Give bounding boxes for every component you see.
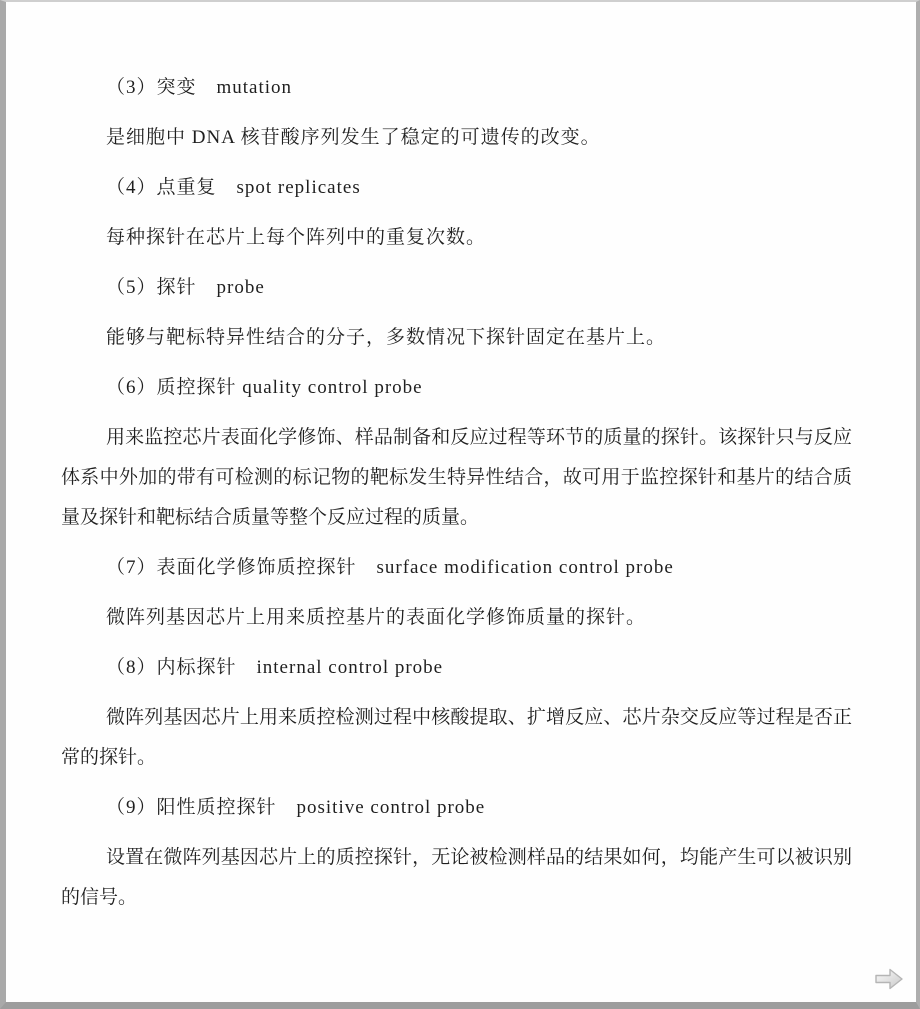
term-heading-8: （8）内标探针 internal control probe (61, 643, 852, 693)
term-definition-9: 设置在微阵列基因芯片上的质控探针，无论被检测样品的结果如何，均能产生可以被识别的… (61, 838, 852, 918)
term-heading-7: （7）表面化学修饰质控探针 surface modification contr… (61, 543, 852, 593)
term-definition-3: 是细胞中 DNA 核苷酸序列发生了稳定的可遗传的改变。 (61, 113, 852, 163)
term-definition-8: 微阵列基因芯片上用来质控检测过程中核酸提取、扩增反应、芯片杂交反应等过程是否正常… (61, 698, 852, 778)
document-body: （3）突变 mutation 是细胞中 DNA 核苷酸序列发生了稳定的可遗传的改… (61, 63, 852, 918)
term-definition-7: 微阵列基因芯片上用来质控基片的表面化学修饰质量的探针。 (61, 593, 852, 643)
term-definition-6: 用来监控芯片表面化学修饰、样品制备和反应过程等环节的质量的探针。该探针只与反应体… (61, 418, 852, 538)
term-heading-6: （6）质控探针 quality control probe (61, 363, 852, 413)
term-definition-5: 能够与靶标特异性结合的分子，多数情况下探针固定在基片上。 (61, 313, 852, 363)
term-heading-5: （5）探针 probe (61, 263, 852, 313)
term-heading-4: （4）点重复 spot replicates (61, 163, 852, 213)
term-heading-3: （3）突变 mutation (61, 63, 852, 113)
term-definition-4: 每种探针在芯片上每个阵列中的重复次数。 (61, 213, 852, 263)
term-heading-9: （9）阳性质控探针 positive control probe (61, 783, 852, 833)
document-page: （3）突变 mutation 是细胞中 DNA 核苷酸序列发生了稳定的可遗传的改… (0, 0, 920, 1009)
page-forward-icon[interactable] (873, 965, 905, 993)
